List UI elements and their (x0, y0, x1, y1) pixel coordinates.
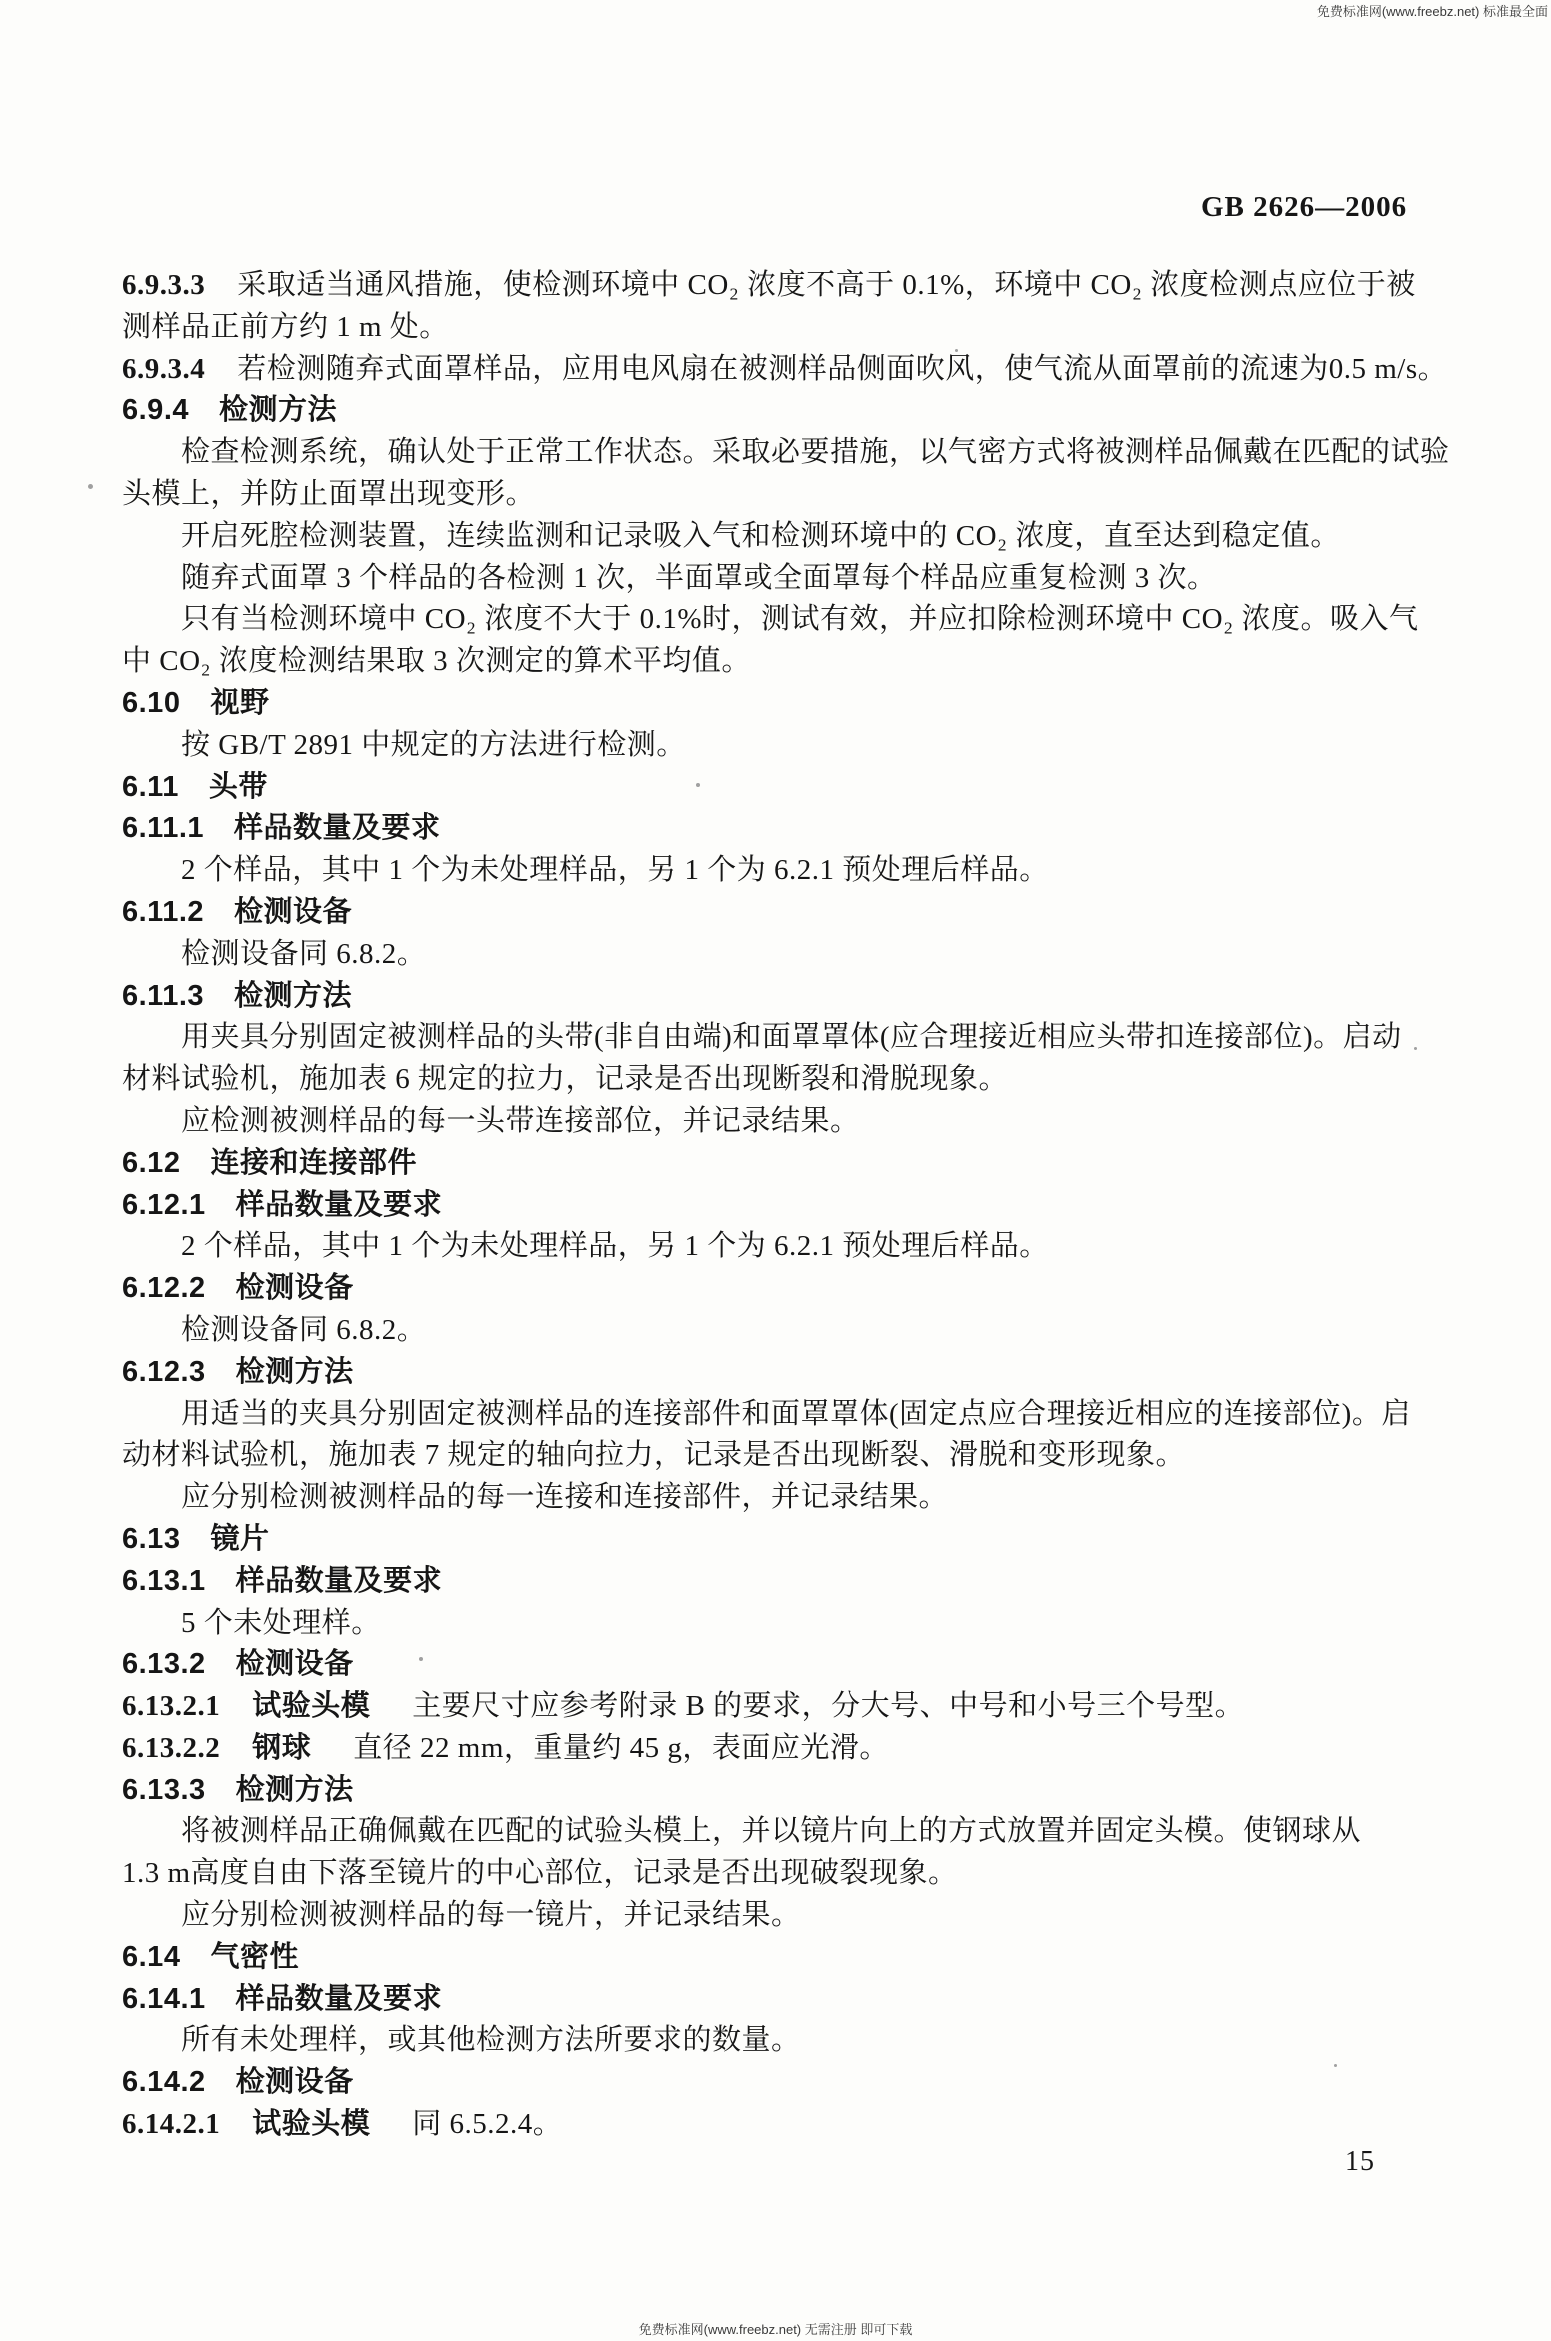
scan-speck (1334, 2064, 1337, 2067)
clause-text: 中 CO₂ 浓度检测结果取 3 次测定的算术平均值。 (122, 645, 751, 677)
clause-line-6.13.2.1: 6.13.2.1试验头模主要尺寸应参考附录 B 的要求，分大号、中号和小号三个号… (122, 1686, 1452, 1728)
clause-text: 头带 (209, 771, 268, 803)
watermark-top: 免费标准网(www.freebz.net) 标准最全面 (1317, 4, 1548, 19)
text-line: 材料试验机，施加表 6 规定的拉力，记录是否出现断裂和滑脱现象。 (122, 1059, 1452, 1101)
clause-line-6.13.3: 6.13.3检测方法 (122, 1770, 1452, 1812)
clause-line-6.13.2: 6.13.2检测设备 (122, 1644, 1452, 1686)
text-line: 所有未处理样，或其他检测方法所要求的数量。 (122, 2020, 1452, 2062)
clause-line-6.13.1: 6.13.1样品数量及要求 (122, 1561, 1452, 1603)
clause-text: 应分别检测被测样品的每一镜片，并记录结果。 (181, 1899, 801, 1931)
clause-line-6.12.1: 6.12.1样品数量及要求 (122, 1185, 1452, 1227)
clause-text: 头模上，并防止面罩出现变形。 (122, 478, 535, 510)
standard-number-header: GB 2626—2006 (1201, 191, 1407, 224)
clause-text: 直径 22 mm，重量约 45 g，表面应光滑。 (353, 1732, 889, 1764)
clause-text: 若检测随弃式面罩样品，应用电风扇在被测样品侧面吹风，使气流从面罩前的流速为0.5… (237, 353, 1447, 385)
clause-number: 6.13.2.2 (122, 1732, 220, 1764)
clause-text: 镜片 (210, 1523, 269, 1555)
clause-line-6.10: 6.10视野 (122, 683, 1452, 725)
clause-text: 应检测被测样品的每一头带连接部位，并记录结果。 (181, 1105, 860, 1137)
text-line: 用夹具分别固定被测样品的头带(非自由端)和面罩罩体(应合理接近相应头带扣连接部位… (122, 1017, 1452, 1059)
clause-line-6.11.1: 6.11.1样品数量及要求 (122, 808, 1452, 850)
clause-text: 检测设备 (236, 1648, 354, 1680)
clause-text: 样品数量及要求 (236, 1983, 443, 2015)
clause-term: 钢球 (252, 1732, 311, 1764)
text-line: 5 个未处理样。 (122, 1603, 1452, 1645)
clause-text: 样品数量及要求 (236, 1565, 443, 1597)
clause-number: 6.12.3 (122, 1356, 206, 1388)
clause-line-6.12.3: 6.12.3检测方法 (122, 1352, 1452, 1394)
clause-text: 开启死腔检测装置，连续监测和记录吸入气和检测环境中的 CO₂ 浓度，直至达到稳定… (181, 520, 1340, 552)
clause-text: 按 GB/T 2891 中规定的方法进行检测。 (181, 729, 686, 761)
clause-line-6.13: 6.13镜片 (122, 1519, 1452, 1561)
clause-text: 应分别检测被测样品的每一连接和连接部件，并记录结果。 (181, 1481, 948, 1513)
text-line: 检查检测系统，确认处于正常工作状态。采取必要措施，以气密方式将被测样品佩戴在匹配… (122, 432, 1452, 474)
clause-line-6.14.2.1: 6.14.2.1试验头模同 6.5.2.4。 (122, 2104, 1452, 2146)
scan-speck (1414, 1047, 1417, 1050)
clause-text: 用夹具分别固定被测样品的头带(非自由端)和面罩罩体(应合理接近相应头带扣连接部位… (181, 1021, 1402, 1053)
clause-text: 采取适当通风措施，使检测环境中 CO₂ 浓度不高于 0.1%，环境中 CO₂ 浓… (237, 269, 1415, 301)
clause-number: 6.13.2 (122, 1648, 206, 1680)
text-line: 2 个样品，其中 1 个为未处理样品，另 1 个为 6.2.1 预处理后样品。 (122, 850, 1452, 892)
clause-number: 6.13.3 (122, 1774, 206, 1806)
clause-text: 将被测样品正确佩戴在匹配的试验头模上，并以镜片向上的方式放置并固定头模。使钢球从 (181, 1815, 1361, 1847)
text-line: 用适当的夹具分别固定被测样品的连接部件和面罩罩体(固定点应合理接近相应的连接部位… (122, 1394, 1452, 1436)
clause-number: 6.10 (122, 687, 180, 719)
clause-text: 用适当的夹具分别固定被测样品的连接部件和面罩罩体(固定点应合理接近相应的连接部位… (181, 1398, 1411, 1430)
clause-line-6.11: 6.11头带 (122, 767, 1452, 809)
text-line: 应分别检测被测样品的每一镜片，并记录结果。 (122, 1895, 1452, 1937)
document-page: 免费标准网(www.freebz.net) 标准最全面 GB 2626—2006… (0, 0, 1551, 2341)
clause-text: 样品数量及要求 (236, 1189, 443, 1221)
clause-number: 6.11.3 (122, 980, 204, 1012)
text-line: 随弃式面罩 3 个样品的各检测 1 次，半面罩或全面罩每个样品应重复检测 3 次… (122, 558, 1452, 600)
clause-number: 6.12.2 (122, 1272, 206, 1304)
clause-line-6.11.2: 6.11.2检测设备 (122, 892, 1452, 934)
page-number: 15 (1345, 2146, 1375, 2178)
clause-text: 检测设备同 6.8.2。 (181, 1314, 426, 1346)
document-body: 6.9.3.3采取适当通风措施，使检测环境中 CO₂ 浓度不高于 0.1%，环境… (122, 265, 1452, 2146)
clause-text: 测样品正前方约 1 m 处。 (122, 311, 449, 343)
text-line: 动材料试验机，施加表 7 规定的轴向拉力，记录是否出现断裂、滑脱和变形现象。 (122, 1435, 1452, 1477)
text-line: 1.3 m高度自由下落至镜片的中心部位，记录是否出现破裂现象。 (122, 1853, 1452, 1895)
clause-number: 6.9.3.3 (122, 269, 205, 301)
clause-line-6.9.3.3: 6.9.3.3采取适当通风措施，使检测环境中 CO₂ 浓度不高于 0.1%，环境… (122, 265, 1452, 307)
clause-text: 1.3 m高度自由下落至镜片的中心部位，记录是否出现破裂现象。 (122, 1857, 958, 1889)
clause-number: 6.14.2 (122, 2066, 206, 2098)
clause-number: 6.13.2.1 (122, 1690, 220, 1722)
clause-text: 检测方法 (234, 980, 352, 1012)
clause-text: 动材料试验机，施加表 7 规定的轴向拉力，记录是否出现断裂、滑脱和变形现象。 (122, 1439, 1185, 1471)
clause-number: 6.9.4 (122, 394, 189, 426)
clause-text: 主要尺寸应参考附录 B 的要求，分大号、中号和小号三个号型。 (412, 1690, 1244, 1722)
text-line: 2 个样品，其中 1 个为未处理样品，另 1 个为 6.2.1 预处理后样品。 (122, 1226, 1452, 1268)
clause-text: 检测设备 (236, 2066, 354, 2098)
clause-text: 视野 (210, 687, 269, 719)
clause-text: 检测方法 (219, 394, 337, 426)
clause-line-6.9.4: 6.9.4检测方法 (122, 390, 1452, 432)
text-line: 开启死腔检测装置，连续监测和记录吸入气和检测环境中的 CO₂ 浓度，直至达到稳定… (122, 516, 1452, 558)
clause-line-6.14: 6.14气密性 (122, 1937, 1452, 1979)
clause-text: 同 6.5.2.4。 (412, 2108, 562, 2140)
clause-line-6.14.1: 6.14.1样品数量及要求 (122, 1979, 1452, 2021)
clause-term: 试验头模 (252, 1690, 370, 1722)
clause-number: 6.12.1 (122, 1189, 206, 1221)
clause-number: 6.13.1 (122, 1565, 206, 1597)
clause-line-6.13.2.2: 6.13.2.2钢球直径 22 mm，重量约 45 g，表面应光滑。 (122, 1728, 1452, 1770)
text-line: 按 GB/T 2891 中规定的方法进行检测。 (122, 725, 1452, 767)
clause-number: 6.11.1 (122, 812, 204, 844)
scan-speck (696, 783, 700, 787)
clause-text: 检测设备同 6.8.2。 (181, 938, 426, 970)
clause-number: 6.11.2 (122, 896, 204, 928)
text-line: 只有当检测环境中 CO₂ 浓度不大于 0.1%时，测试有效，并应扣除检测环境中 … (122, 599, 1452, 641)
clause-number: 6.13 (122, 1523, 180, 1555)
clause-text: 2 个样品，其中 1 个为未处理样品，另 1 个为 6.2.1 预处理后样品。 (181, 854, 1049, 886)
clause-text: 材料试验机，施加表 6 规定的拉力，记录是否出现断裂和滑脱现象。 (122, 1063, 1008, 1095)
clause-text: 2 个样品，其中 1 个为未处理样品，另 1 个为 6.2.1 预处理后样品。 (181, 1230, 1049, 1262)
clause-text: 检测设备 (234, 896, 352, 928)
clause-text: 样品数量及要求 (234, 812, 441, 844)
clause-number: 6.14 (122, 1941, 180, 1973)
clause-text: 连接和连接部件 (210, 1147, 417, 1179)
watermark-bottom: 免费标准网(www.freebz.net) 无需注册 即可下载 (0, 2322, 1551, 2337)
clause-line-6.11.3: 6.11.3检测方法 (122, 976, 1452, 1018)
clause-number: 6.14.1 (122, 1983, 206, 2015)
scan-speck (955, 349, 958, 352)
text-line: 测样品正前方约 1 m 处。 (122, 307, 1452, 349)
clause-number: 6.9.3.4 (122, 353, 205, 385)
text-line: 应检测被测样品的每一头带连接部位，并记录结果。 (122, 1101, 1452, 1143)
clause-text: 检测方法 (236, 1356, 354, 1388)
clause-text: 所有未处理样，或其他检测方法所要求的数量。 (181, 2024, 801, 2056)
scan-speck (419, 1657, 423, 1661)
clause-number: 6.12 (122, 1147, 180, 1179)
clause-line-6.12.2: 6.12.2检测设备 (122, 1268, 1452, 1310)
clause-text: 气密性 (210, 1941, 299, 1973)
clause-text: 只有当检测环境中 CO₂ 浓度不大于 0.1%时，测试有效，并应扣除检测环境中 … (181, 603, 1418, 635)
clause-text: 随弃式面罩 3 个样品的各检测 1 次，半面罩或全面罩每个样品应重复检测 3 次… (181, 562, 1217, 594)
clause-number: 6.14.2.1 (122, 2108, 220, 2140)
text-line: 将被测样品正确佩戴在匹配的试验头模上，并以镜片向上的方式放置并固定头模。使钢球从 (122, 1811, 1452, 1853)
clause-text: 检查检测系统，确认处于正常工作状态。采取必要措施，以气密方式将被测样品佩戴在匹配… (181, 436, 1450, 468)
clause-line-6.12: 6.12连接和连接部件 (122, 1143, 1452, 1185)
clause-number: 6.11 (122, 771, 179, 803)
text-line: 检测设备同 6.8.2。 (122, 934, 1452, 976)
clause-text: 检测方法 (236, 1774, 354, 1806)
scan-speck (88, 484, 93, 489)
text-line: 头模上，并防止面罩出现变形。 (122, 474, 1452, 516)
text-line: 中 CO₂ 浓度检测结果取 3 次测定的算术平均值。 (122, 641, 1452, 683)
text-line: 应分别检测被测样品的每一连接和连接部件，并记录结果。 (122, 1477, 1452, 1519)
clause-line-6.9.3.4: 6.9.3.4若检测随弃式面罩样品，应用电风扇在被测样品侧面吹风，使气流从面罩前… (122, 349, 1452, 391)
clause-text: 5 个未处理样。 (181, 1607, 381, 1639)
clause-text: 检测设备 (236, 1272, 354, 1304)
clause-term: 试验头模 (252, 2108, 370, 2140)
clause-line-6.14.2: 6.14.2检测设备 (122, 2062, 1452, 2104)
text-line: 检测设备同 6.8.2。 (122, 1310, 1452, 1352)
